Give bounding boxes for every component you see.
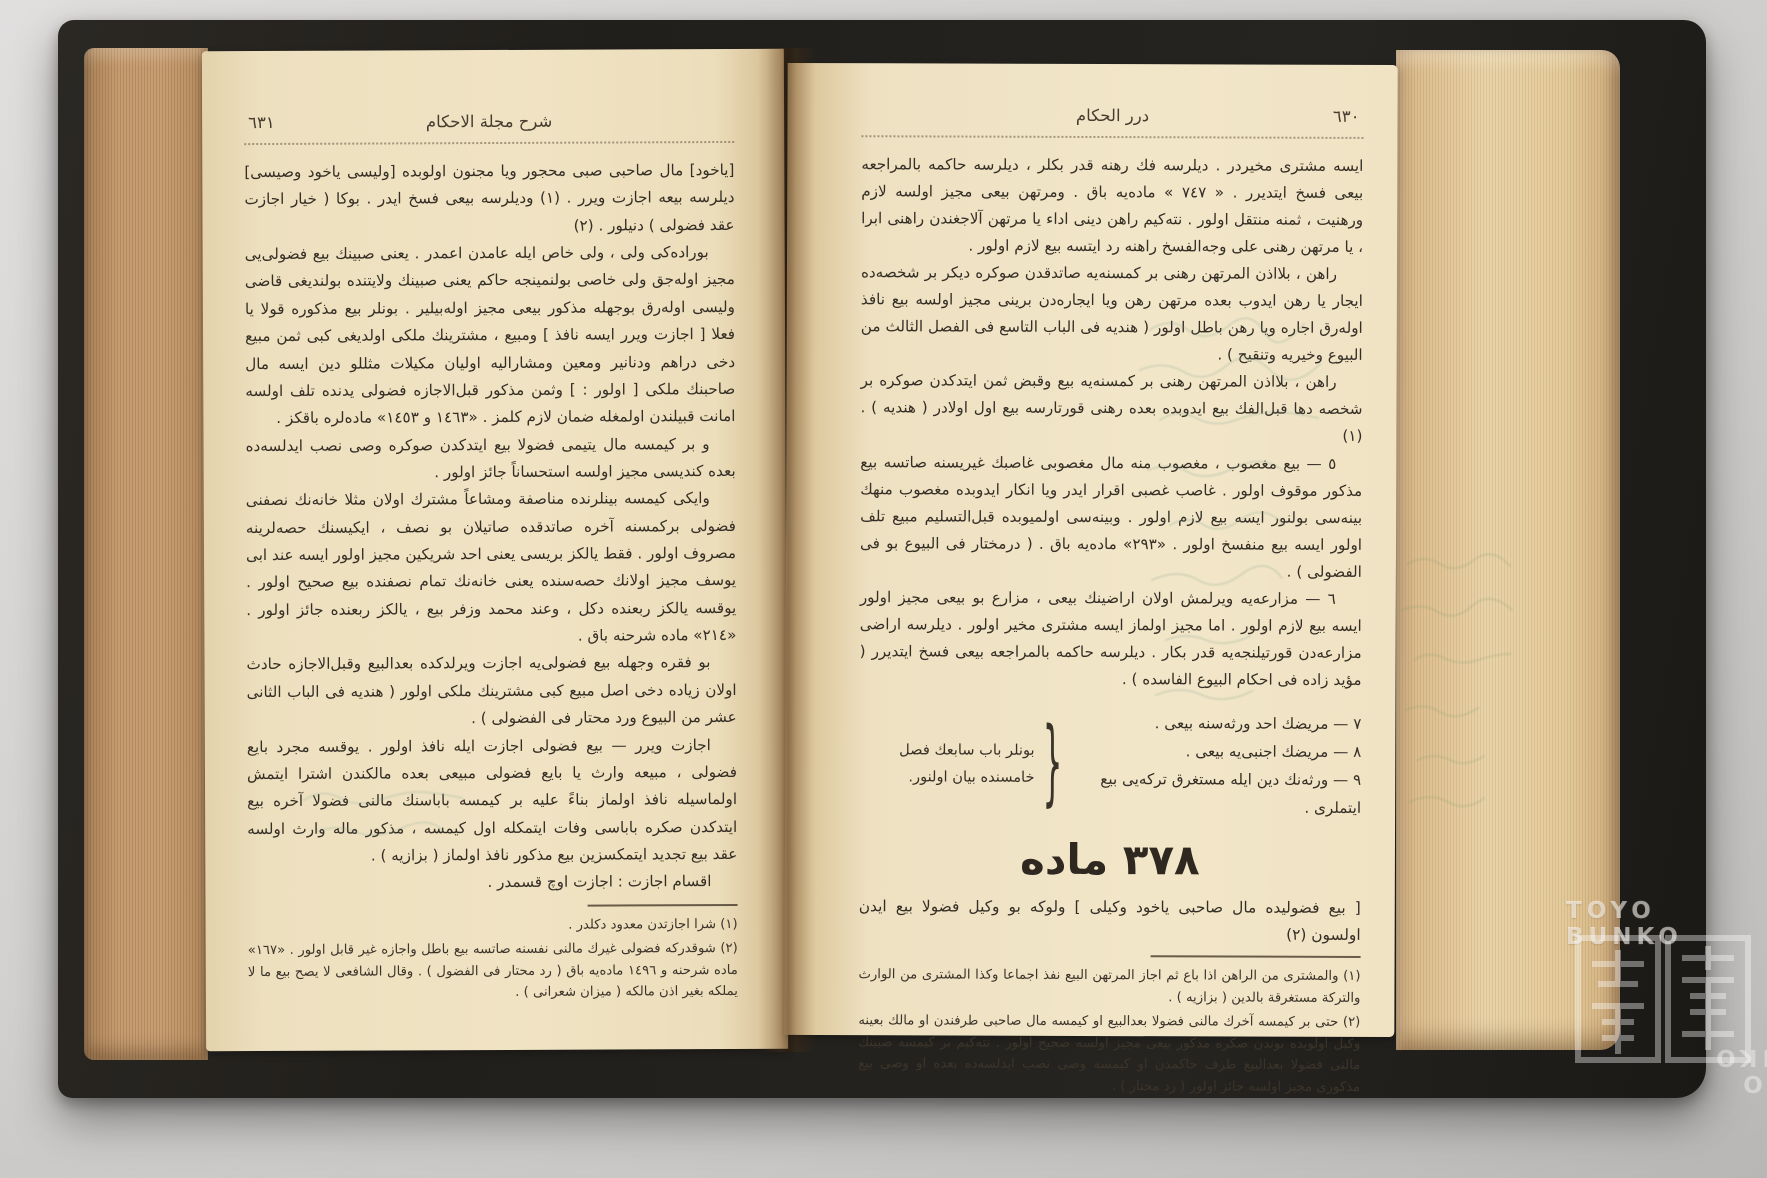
list-item: ٩ — ورثه‌نك دين ايله مستغرق تركه‌يى بيع … <box>1075 765 1361 822</box>
paragraph: راهن ، بلااذن المرتهن رهنى بر كمسنه‌يه ص… <box>861 259 1363 369</box>
curly-brace: { <box>1043 711 1063 819</box>
left-page: ٦٣١ شرح مجلة الاحكام [ياخود] مال صاحبى ص… <box>202 49 788 1052</box>
paragraph: اجازت ويرر — بيع فضولى اجازت ايله نافذ ا… <box>247 731 738 870</box>
numbered-sale-list: ٧ — مريضك احد ورثه‌سنه بيعى . ٨ — مريضك … <box>859 708 1361 822</box>
right-running-title: درر الحكام <box>861 105 1363 126</box>
footnote: (٢) شوقدركه فضولى غيرك مالنى نفسنه صاتسه… <box>248 938 738 1006</box>
footnote: (١) والمشترى من الراهن اذا باع ثم اجاز ا… <box>858 964 1360 1010</box>
left-footnote-rule <box>588 904 738 907</box>
left-header-rule <box>244 141 734 145</box>
left-page-header: ٦٣١ شرح مجلة الاحكام <box>244 105 734 141</box>
paragraph: و بر كيمسه مال يتيمى فضولا بيع ايتدكدن ص… <box>245 431 735 488</box>
footnote: (١) شرا اجازتدن معدود دكلدر . <box>248 914 738 938</box>
footnote: (٢) حتى بر كيمسه آخرك مالنى فضولا بعدالب… <box>858 1010 1360 1099</box>
paragraph: وايكى كيمسه بينلرنده مناصفة ومشاعاً مشتر… <box>246 485 737 651</box>
paragraph: [ياخود] مال صاحبى صبى محجور ويا مجنون او… <box>244 157 734 241</box>
right-page: درر الحكام ٦٣٠ ايسه مشترى مخيردر . ديلرس… <box>784 63 1397 1037</box>
photo-scene: ٦٣١ شرح مجلة الاحكام [ياخود] مال صاحبى ص… <box>0 0 1767 1178</box>
list-items: ٧ — مريضك احد ورثه‌سنه بيعى . ٨ — مريضك … <box>1075 709 1362 822</box>
right-footnote-rule <box>1151 955 1361 958</box>
list-item: ٨ — مريضك اجنبى‌يه بيعى . <box>1075 737 1361 766</box>
paragraph: ايسه مشترى مخيردر . ديلرسه فك رهنه قدر ب… <box>861 151 1363 261</box>
paragraph: ٥ — بيع مغصوب ، مغصوب منه مال مغصوبى غاص… <box>860 449 1362 586</box>
right-page-number: ٦٣٠ <box>1333 107 1360 126</box>
left-page-stack-edge <box>84 48 208 1060</box>
list-side-note: بونلر باب سابعك فصل خامسنده بيان اولنور. <box>899 738 1035 792</box>
paragraph: راهن ، بلااذن المرتهن رهنى بر كمسنه‌يه ب… <box>860 368 1362 451</box>
right-page-stack-edge <box>1396 50 1620 1050</box>
left-running-title: شرح مجلة الاحكام <box>244 111 734 132</box>
list-item: ٧ — مريضك احد ورثه‌سنه بيعى . <box>1075 709 1361 738</box>
open-book: ٦٣١ شرح مجلة الاحكام [ياخود] مال صاحبى ص… <box>58 20 1706 1098</box>
paragraph: بوراده‌كى ولى ، ولى خاص ايله عامدن اعمدر… <box>245 239 736 433</box>
paragraph: ٦ — مزارعه‌يه ويرلمش اولان اراضينك بيعى … <box>860 584 1362 694</box>
article-378-heading: ٣٧٨ ماده <box>859 835 1361 886</box>
paragraph: اقسام اجازت : اجازت اوچ قسمدر . <box>247 868 737 897</box>
article-378-intro: [ بيع فضوليده مال صاحبى ياخود وكيلى ] ول… <box>859 894 1361 948</box>
paragraph: بو فقره وجهله بيع فضولى‌يه اجازت ويرلدكد… <box>246 649 736 733</box>
right-header-rule <box>861 135 1363 139</box>
right-page-header: درر الحكام ٦٣٠ <box>861 99 1363 135</box>
